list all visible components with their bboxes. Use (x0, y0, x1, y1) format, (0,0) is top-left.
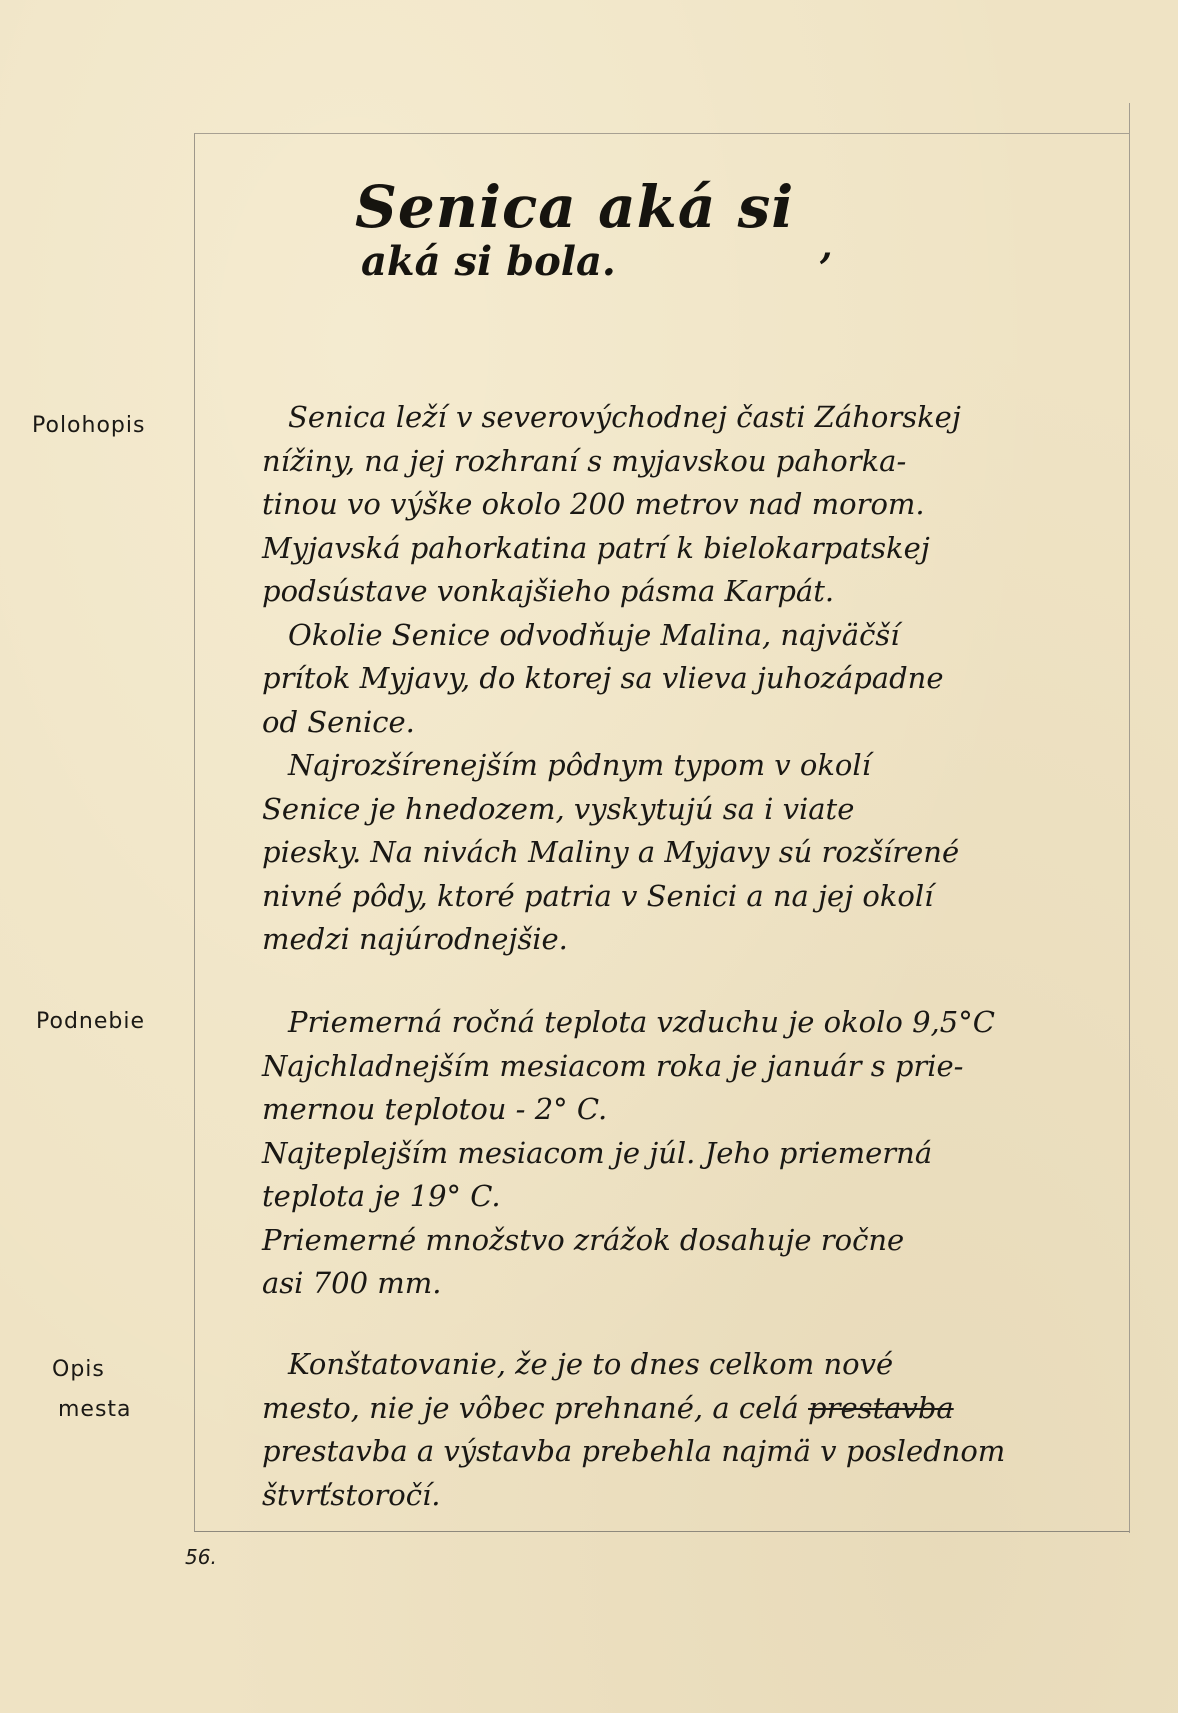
text-line: od Senice. (262, 701, 1112, 745)
section-opis-mesta: Konštatovanie, že je to dnes celkom nové… (262, 1343, 1112, 1517)
text-line: Najrozšírenejším pôdnym typom v okolí (262, 744, 1112, 788)
text-line: Konštatovanie, že je to dnes celkom nové (262, 1343, 1112, 1387)
text-line: Myjavská pahorkatina patrí k bielokarpat… (262, 527, 1112, 571)
title-comma: , (820, 225, 833, 267)
text-line: teplota je 19° C. (262, 1175, 1112, 1219)
text-line: Priemerná ročná teplota vzduchu je okolo… (262, 1001, 1112, 1045)
section-podnebie: Priemerná ročná teplota vzduchu je okolo… (262, 1001, 1112, 1306)
text-line: nivné pôdy, ktoré patria v Senici a na j… (262, 875, 1112, 919)
text-line: Najchladnejším mesiacom roka je január s… (262, 1045, 1112, 1089)
text-line: mesto, nie je vôbec prehnané, a celá pre… (262, 1387, 1112, 1431)
text-line: Najteplejším mesiacom je júl. Jeho priem… (262, 1132, 1112, 1176)
text-line: štvrťstoročí. (262, 1474, 1112, 1518)
text-line: Priemerné množstvo zrážok dosahuje ročne (262, 1219, 1112, 1263)
text-line: podsústave vonkajšieho pásma Karpát. (262, 570, 1112, 614)
text-line: prítok Myjavy, do ktorej sa vlieva juhoz… (262, 657, 1112, 701)
text-line: tinou vo výške okolo 200 metrov nad moro… (262, 483, 1112, 527)
page-number: 56. (185, 1545, 217, 1569)
text-line: Senica leží v severovýchodnej časti Záho… (262, 396, 1112, 440)
section-polohopis: Senica leží v severovýchodnej časti Záho… (262, 396, 1112, 962)
struck-out-word: prestavba (808, 1391, 954, 1425)
margin-label-opis: Opis (52, 1357, 105, 1382)
margin-label-podnebie: Podnebie (36, 1009, 145, 1034)
text-line: medzi najúrodnejšie. (262, 918, 1112, 962)
text-fragment: mesto, nie je vôbec prehnané, a celá (262, 1391, 799, 1425)
text-line: Okolie Senice odvodňuje Malina, najväčší (262, 614, 1112, 658)
title-line-1: Senica aká si (355, 175, 794, 239)
margin-label-mesta: mesta (58, 1397, 132, 1422)
text-line: prestavba a výstavba prebehla najmä v po… (262, 1430, 1112, 1474)
text-line: nížiny, na jej rozhraní s myjavskou paho… (262, 440, 1112, 484)
page-title: Senica aká si , aká si bola. (355, 175, 794, 285)
text-line: mernou teplotou - 2° C. (262, 1088, 1112, 1132)
margin-label-polohopis: Polohopis (32, 413, 145, 438)
text-line: asi 700 mm. (262, 1262, 1112, 1306)
text-line: Senice je hnedozem, vyskytujú sa i viate (262, 788, 1112, 832)
title-line-2: aká si bola. (361, 239, 794, 285)
text-line: piesky. Na nivách Maliny a Myjavy sú roz… (262, 831, 1112, 875)
